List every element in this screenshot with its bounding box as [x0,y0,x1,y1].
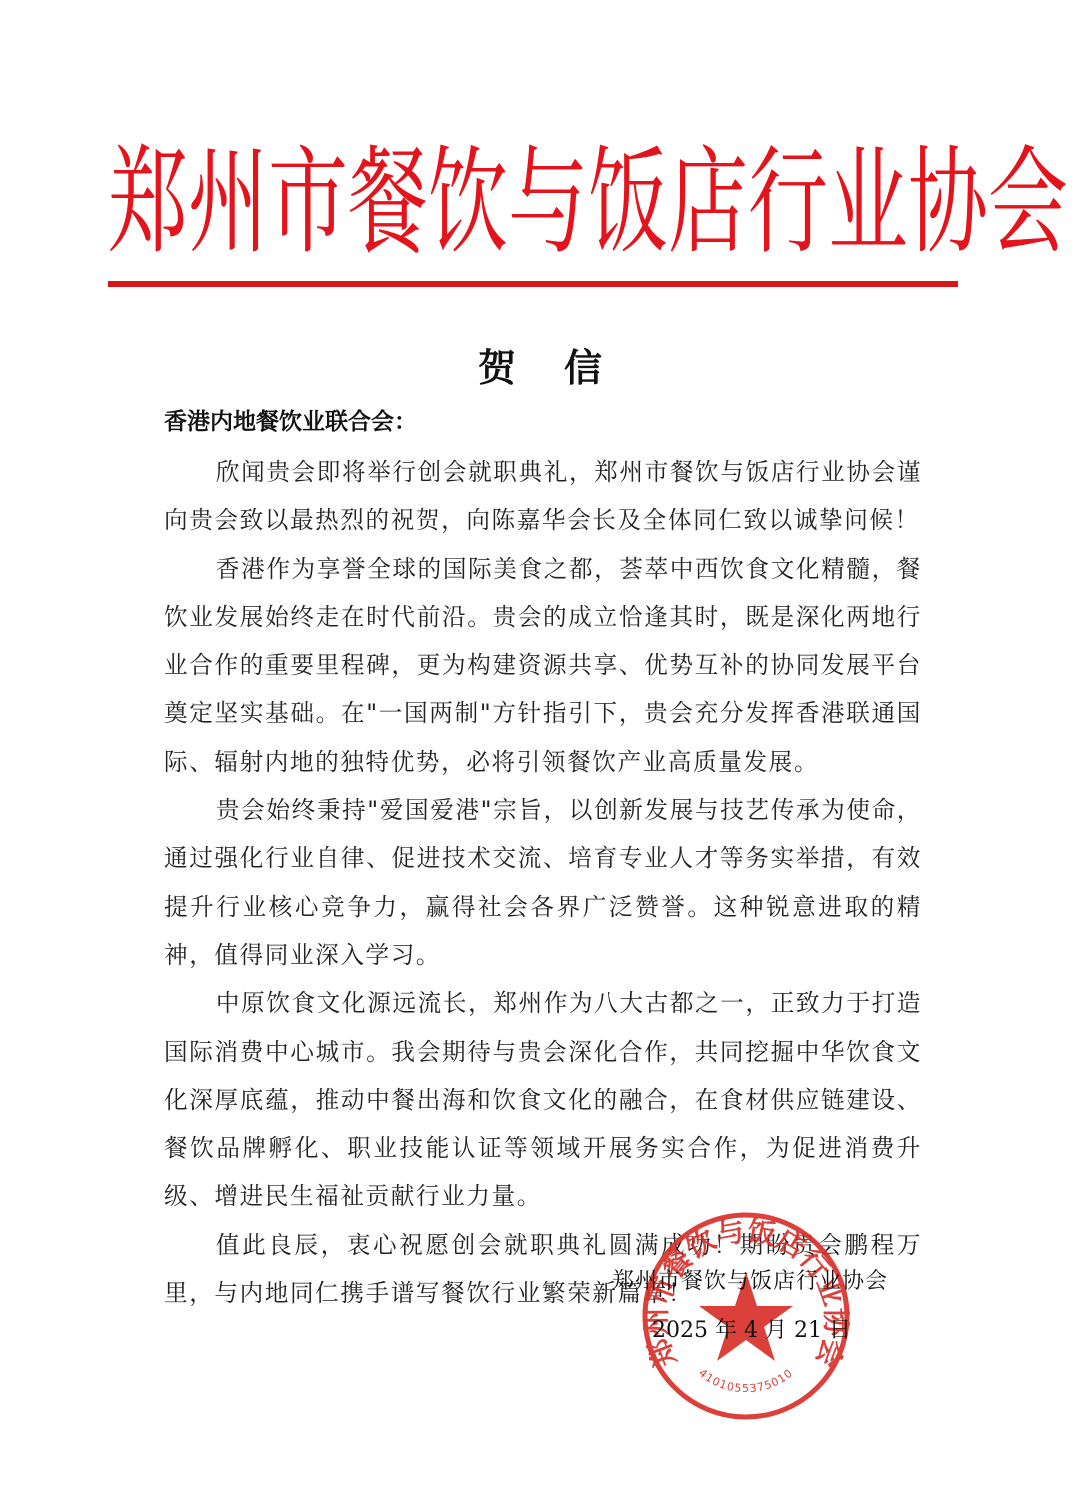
document-title-char-1: 贺 [478,346,516,390]
signature-date: 2025 年 4 月 21 日 [652,1314,851,1348]
seal-registration-code: 4101055375010 [696,1366,795,1395]
paragraph-mission: 贵会始终秉持"爱国爱港"宗旨，以创新发展与技艺传承为使命，通过强化行业自律、促进… [164,786,922,979]
signature-organization: 郑州市餐饮与饭店行业协会 [612,1265,888,1299]
letterhead-divider [108,281,958,287]
letterhead-organization-name: 郑州市餐饮与饭店行业协会 [108,109,958,298]
paragraph-cooperation: 中原饮食文化源远流长，郑州作为八大古都之一，正致力于打造国际消费中心城市。我会期… [164,979,922,1220]
letterhead: 郑州市餐饮与饭店行业协会 [108,138,958,268]
document-title: 贺信 [0,340,1080,396]
letter-page: 郑州市餐饮与饭店行业协会 贺信 香港内地餐饮业联合会： 欣闻贵会即将举行创会就职… [0,0,1080,1503]
paragraph-congratulations: 欣闻贵会即将举行创会就职典礼，郑州市餐饮与饭店行业协会谨向贵会致以最热烈的祝贺，… [164,448,922,545]
document-title-char-2: 信 [564,346,602,390]
recipient-salutation: 香港内地餐饮业联合会： [164,404,417,440]
letter-body: 欣闻贵会即将举行创会就职典礼，郑州市餐饮与饭店行业协会谨向贵会致以最热烈的祝贺，… [164,448,922,1317]
paragraph-hong-kong: 香港作为享誉全球的国际美食之都，荟萃中西饮食文化精髓，餐饮业发展始终走在时代前沿… [164,545,922,786]
